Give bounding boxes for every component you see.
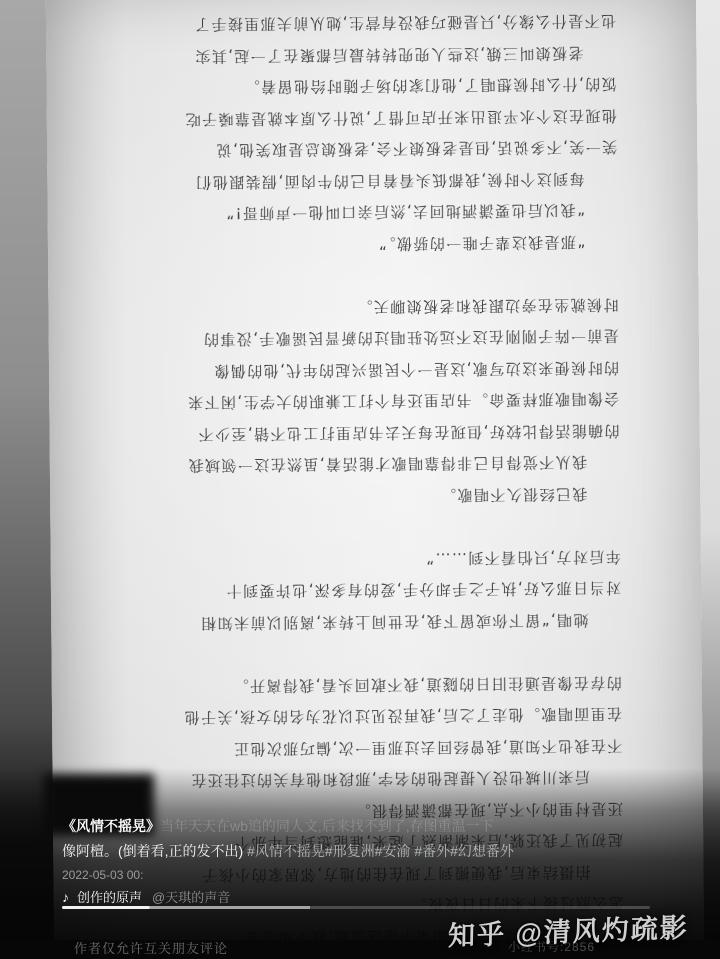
video-progress-bar[interactable] <box>62 906 650 909</box>
post-date: 2022-05-03 00: <box>62 864 662 886</box>
post-caption: 《风情不摇晃》当年天天在wb追的同人文,后来找不到了,存图重温一下 像阿檀。(倒… <box>62 814 662 909</box>
progress-buffered <box>150 906 310 909</box>
hashtag-links[interactable]: #风情不摇晃#邢复洲#安渝 #番外#幻想番外 <box>247 843 514 859</box>
caption-line2: 像阿檀。(倒着看,正的发不出) #风情不摇晃#邢复洲#安渝 #番外#幻想番外 <box>62 839 662 864</box>
progress-played <box>62 906 150 909</box>
screenshot-stage: 都怪他,不是他惯坏了我,如果不是这么想,我不知道要 怎么熬过接下来的日日夜夜。 … <box>0 0 720 959</box>
music-note-icon: ♪ <box>62 886 69 908</box>
caption-faint-text: 当年天天在wb追的同人文,后来找不到了,存图重温一下 <box>160 818 494 834</box>
caption-lead-text: 像阿檀。(倒着看,正的发不出) <box>62 843 247 859</box>
original-sound-label: 创作的原声 <box>77 890 142 905</box>
comment-permission-notice: 作者仅允许互关朋友评论 <box>74 938 228 957</box>
caption-line1: 《风情不摇晃》当年天天在wb追的同人文,后来找不到了,存图重温一下 <box>62 814 662 839</box>
sound-author: @天琪的声音 <box>152 890 230 905</box>
post-title: 《风情不摇晃》 <box>62 818 160 834</box>
